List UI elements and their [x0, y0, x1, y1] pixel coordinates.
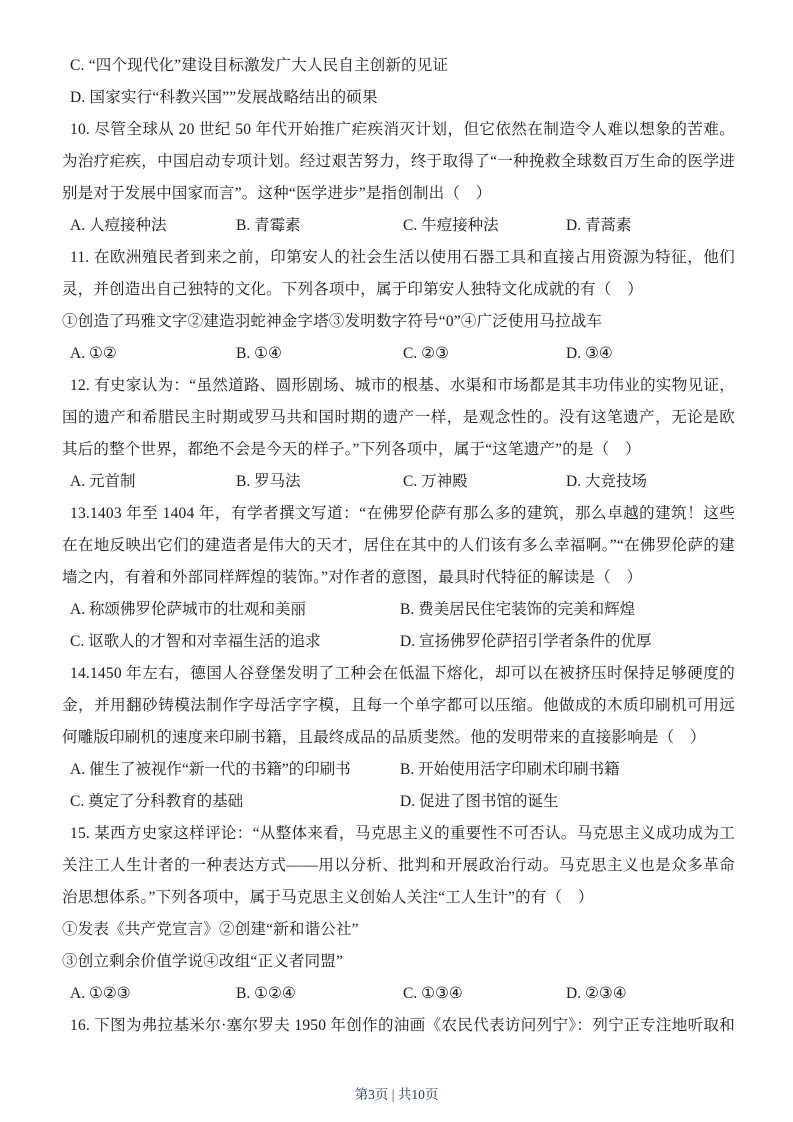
question-12-stem-line-3: 其后的整个世界，都绝不会是今天的样子。”下列各项中，属于“这笔遗产”的是（ ） — [62, 434, 735, 466]
question-14-option-a: A. 催生了被视作“新一代的书籍”的印刷书 — [70, 754, 400, 786]
question-11-option-a: A. ①② — [70, 338, 236, 370]
question-10-option-d: D. 青蒿素 — [566, 210, 735, 242]
question-15-numbered-items-1: ①发表《共产党宣言》②创建“新和谐公社” — [62, 914, 735, 946]
page-footer: 第3页 | 共10页 — [0, 1083, 793, 1107]
question-13-options-row-ab: A. 称颂佛罗伦萨城市的壮观和美丽 B. 费美居民住宅装饰的完美和辉煌 — [62, 594, 735, 626]
question-13-stem-line-3: 墙之内，有着和外部同样辉煌的装饰。”对作者的意图，最具时代特征的解读是（ ） — [62, 562, 735, 594]
question-14-option-b: B. 开始使用活字印刷术印刷书籍 — [400, 754, 735, 786]
question-15-options-row: A. ①②③ B. ①②④ C. ①③④ D. ②③④ — [62, 978, 735, 1010]
question-14-option-c: C. 奠定了分科教育的基础 — [70, 786, 400, 818]
question-13-stem-line-1: 13.1403 年至 1404 年，有学者撰文写道：“在佛罗伦萨有那么多的建筑，… — [62, 498, 735, 530]
question-12-option-a: A. 元首制 — [70, 466, 236, 498]
question-15-stem-line-1: 15. 某西方史家这样评论：“从整体来看，马克思主义的重要性不可否认。马克思主义… — [62, 818, 735, 850]
question-11-option-c: C. ②③ — [403, 338, 566, 370]
question-13-option-a: A. 称颂佛罗伦萨城市的壮观和美丽 — [70, 594, 400, 626]
question-12-option-c: C. 万神殿 — [403, 466, 566, 498]
question-10-stem-line-1: 10. 尽管全球从 20 世纪 50 年代开始推广疟疾消灭计划，但它依然在制造令… — [62, 114, 735, 146]
question-15-stem-line-3: 治思想体系。”下列各项中，属于马克思主义创始人关注“工人生计”的有（ ） — [62, 882, 735, 914]
question-14-stem-line-3: 何雕版印刷机的速度来印刷书籍，且最终成品的品质斐然。他的发明带来的直接影响是（ … — [62, 722, 735, 754]
question-13-stem-line-2: 在在地反映出它们的建造者是伟大的天才，居住在其中的人们该有多么幸福啊。”“在佛罗… — [62, 530, 735, 562]
question-15-option-c: C. ①③④ — [403, 978, 566, 1010]
question-12-stem-line-1: 12. 有史家认为：“虽然道路、圆形剧场、城市的根基、水渠和市场都是其丰功伟业的… — [62, 370, 735, 402]
question-14-stem-line-2: 金，并用翻砂铸模法制作字母活字字模，且每一个单字都可以压缩。他做成的木质印刷机可… — [62, 690, 735, 722]
prev-question-option-d: D. 国家实行“科教兴国””发展战略结出的硕果 — [62, 82, 735, 114]
question-15-option-b: B. ①②④ — [236, 978, 403, 1010]
question-13-options-row-cd: C. 讴歌人的才智和对幸福生活的追求 D. 宣扬佛罗伦萨招引学者条件的优厚 — [62, 626, 735, 658]
question-11-option-d: D. ③④ — [566, 338, 735, 370]
question-11-numbered-items: ①创造了玛雅文字②建造羽蛇神金字塔③发明数字符号“0”④广泛使用马拉战车 — [62, 306, 735, 338]
question-11-option-b: B. ①④ — [236, 338, 403, 370]
question-14-stem-line-1: 14.1450 年左右，德国人谷登堡发明了工种会在低温下熔化，却可以在被挤压时保… — [62, 658, 735, 690]
question-11-options-row: A. ①② B. ①④ C. ②③ D. ③④ — [62, 338, 735, 370]
question-12-options-row: A. 元首制 B. 罗马法 C. 万神殿 D. 大竞技场 — [62, 466, 735, 498]
question-15-numbered-items-2: ③创立剩余价值学说④改组“正义者同盟” — [62, 946, 735, 978]
question-12-stem-line-2: 国的遗产和希腊民主时期或罗马共和国时期的遗产一样，是观念性的。没有这笔遗产，无论… — [62, 402, 735, 434]
question-10-option-a: A. 人痘接种法 — [70, 210, 236, 242]
question-13-option-d: D. 宣扬佛罗伦萨招引学者条件的优厚 — [400, 626, 735, 658]
question-12-option-d: D. 大竞技场 — [566, 466, 735, 498]
question-15-stem-line-2: 关注工人生计者的一种表达方式——用以分析、批判和开展政治行动。马克思主义也是众多… — [62, 850, 735, 882]
question-12-option-b: B. 罗马法 — [236, 466, 403, 498]
question-14-option-d: D. 促进了图书馆的诞生 — [400, 786, 735, 818]
question-10-stem-line-3: 别是对于发展中国家而言”。这种“医学进步”是指创制出（ ） — [62, 178, 735, 210]
question-16-stem-line-1: 16. 下图为弗拉基米尔·塞尔罗夫 1950 年创作的油画《农民代表访问列宁》：… — [62, 1010, 735, 1042]
question-13-option-c: C. 讴歌人的才智和对幸福生活的追求 — [70, 626, 400, 658]
question-15-option-a: A. ①②③ — [70, 978, 236, 1010]
question-11-stem-line-1: 11. 在欧洲殖民者到来之前，印第安人的社会生活以使用石器工具和直接占用资源为特… — [62, 242, 735, 274]
prev-question-option-c: C. “四个现代化”建设目标激发广大人民自主创新的见证 — [62, 50, 735, 82]
exam-page: C. “四个现代化”建设目标激发广大人民自主创新的见证 D. 国家实行“科教兴国… — [0, 0, 793, 1122]
question-13-option-b: B. 费美居民住宅装饰的完美和辉煌 — [400, 594, 735, 626]
question-14-options-row-ab: A. 催生了被视作“新一代的书籍”的印刷书 B. 开始使用活字印刷术印刷书籍 — [62, 754, 735, 786]
question-10-option-c: C. 牛痘接种法 — [403, 210, 566, 242]
page-number-indicator: 第3页 | 共10页 — [355, 1087, 439, 1102]
question-10-stem-line-2: 为治疗疟疾，中国启动专项计划。经过艰苦努力，终于取得了“一种挽救全球数百万生命的… — [62, 146, 735, 178]
question-14-options-row-cd: C. 奠定了分科教育的基础 D. 促进了图书馆的诞生 — [62, 786, 735, 818]
question-11-stem-line-2: 灵，并创造出自己独特的文化。下列各项中，属于印第安人独特文化成就的有（ ） — [62, 274, 735, 306]
question-10-options-row: A. 人痘接种法 B. 青霉素 C. 牛痘接种法 D. 青蒿素 — [62, 210, 735, 242]
question-15-option-d: D. ②③④ — [566, 978, 735, 1010]
question-10-option-b: B. 青霉素 — [236, 210, 403, 242]
